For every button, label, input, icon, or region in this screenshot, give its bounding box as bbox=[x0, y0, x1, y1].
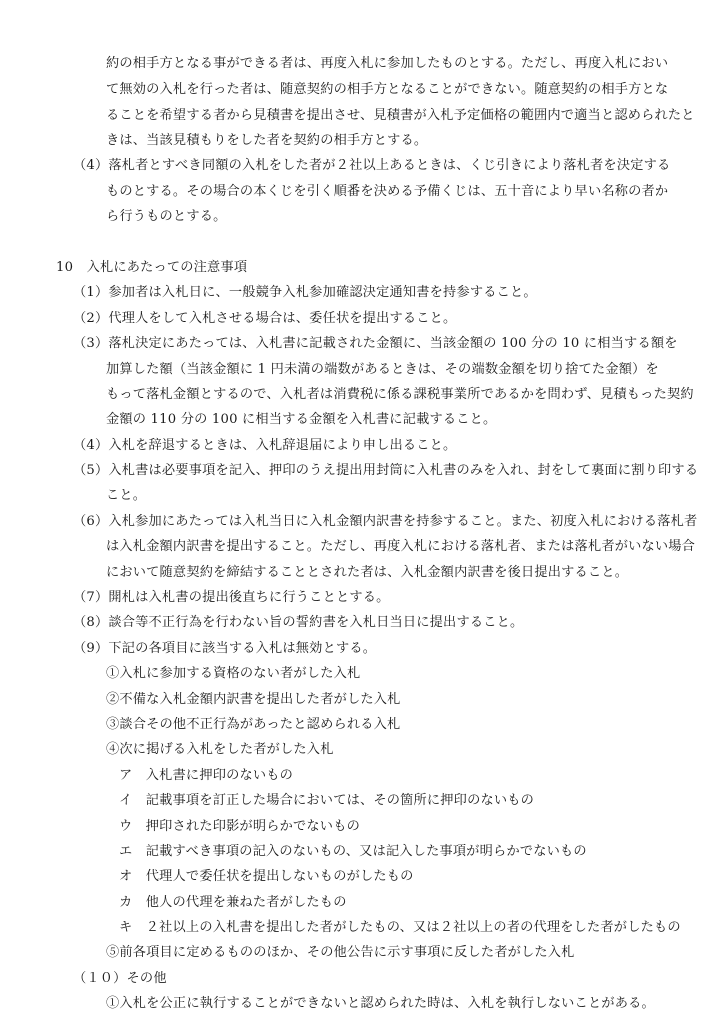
document-line: ④次に掲げる入札をした者がした入札 bbox=[106, 742, 334, 758]
document-line: もって落札金額とするので、入札者は消費税に係る課税事業所であるかを問わず、見積も… bbox=[106, 387, 694, 403]
document-line: （5）入札書は必要事項を記入、押印のうえ提出用封筒に入札書のみを入れ、封をして裏… bbox=[73, 463, 698, 479]
document-line: において随意契約を締結することとされた者は、入札金額内訳書を後日提出すること。 bbox=[106, 565, 628, 581]
document-line: ものとする。その場合の本くじを引く順番を決める予備くじは、五十音により早い名称の… bbox=[106, 184, 668, 200]
document-line: キ ２社以上の入札書を提出した者がしたもの、又は２社以上の者の代理をした者がした… bbox=[119, 920, 681, 936]
document-line: ⑤前各項目に定めるもののほか、その他公告に示す事項に反した者がした入札 bbox=[106, 945, 575, 961]
document-line: （１０）その他 bbox=[73, 971, 167, 987]
document-line: 約の相手方となる事ができる者は、再度入札に参加したものとする。ただし、再度入札に… bbox=[106, 56, 668, 72]
document-page: 約の相手方となる事ができる者は、再度入札に参加したものとする。ただし、再度入札に… bbox=[0, 0, 724, 1024]
document-line: ①入札に参加する資格のない者がした入札 bbox=[106, 666, 360, 682]
document-line: （9）下記の各項目に該当する入札は無効とする。 bbox=[73, 641, 376, 657]
document-line: 10 入札にあたっての注意事項 bbox=[56, 260, 247, 276]
document-line: ることを希望する者から見積書を提出させ、見積書が入札予定価格の範囲内で適当と認め… bbox=[106, 108, 695, 124]
document-line: 金額の 110 分の 100 に相当する金額を入札書に記載すること。 bbox=[106, 412, 496, 428]
document-line: （8）談合等不正行為を行わない旨の誓約書を入札日当日に提出すること。 bbox=[73, 615, 523, 631]
document-line: ①入札を公正に執行することができないと認められた時は、入札を執行しないことがある… bbox=[106, 996, 655, 1012]
document-line: ア 入札書に押印のないもの bbox=[119, 768, 293, 784]
document-line: オ 代理人で委任状を提出しないものがしたもの bbox=[119, 869, 414, 885]
document-line: て無効の入札を行った者は、随意契約の相手方となることができない。随意契約の相手方… bbox=[106, 82, 668, 98]
document-line: イ 記載事項を訂正した場合においては、その箇所に押印のないもの bbox=[119, 793, 534, 809]
document-line: （4）入札を辞退するときは、入札辞退届により申し出ること。 bbox=[73, 438, 456, 454]
document-line: ③談合その他不正行為があったと認められる入札 bbox=[106, 717, 400, 733]
document-line: （2）代理人をして入札させる場合は、委任状を提出すること。 bbox=[73, 311, 456, 327]
document-line: ウ 押印された印影が明らかでないもの bbox=[119, 819, 360, 835]
document-line: （6）入札参加にあたっては入札当日に入札金額内訳書を持参すること。また、初度入札… bbox=[73, 514, 697, 530]
document-line: （4）落札者とすべき同額の入札をした者が２社以上あるときは、くじ引きにより落札者… bbox=[73, 158, 670, 174]
document-line: ら行うものとする。 bbox=[106, 209, 227, 225]
document-line: （3）落札決定にあたっては、入札書に記載された金額に、当該金額の 100 分の … bbox=[73, 336, 678, 352]
document-line: きは、当該見積もりをした者を契約の相手方とする。 bbox=[106, 133, 427, 149]
document-line: 加算した額（当該金額に 1 円未満の端数があるときは、その端数金額を切り捨てた金… bbox=[106, 362, 659, 378]
document-line: カ 他人の代理を兼ねた者がしたもの bbox=[119, 895, 347, 911]
document-line: は入札金額内訳書を提出すること。ただし、再度入札における落札者、または落札者がい… bbox=[106, 539, 695, 555]
document-line: こと。 bbox=[106, 488, 146, 504]
document-line: ②不備な入札金額内訳書を提出した者がした入札 bbox=[106, 692, 401, 708]
document-line: （1）参加者は入札日に、一般競争入札参加確認決定通知書を持参すること。 bbox=[73, 285, 537, 301]
document-line: （7）開札は入札書の提出後直ちに行うこととする。 bbox=[73, 590, 390, 606]
document-line: エ 記載すべき事項の記入のないもの、又は記入した事項が明らかでないもの bbox=[119, 844, 587, 860]
